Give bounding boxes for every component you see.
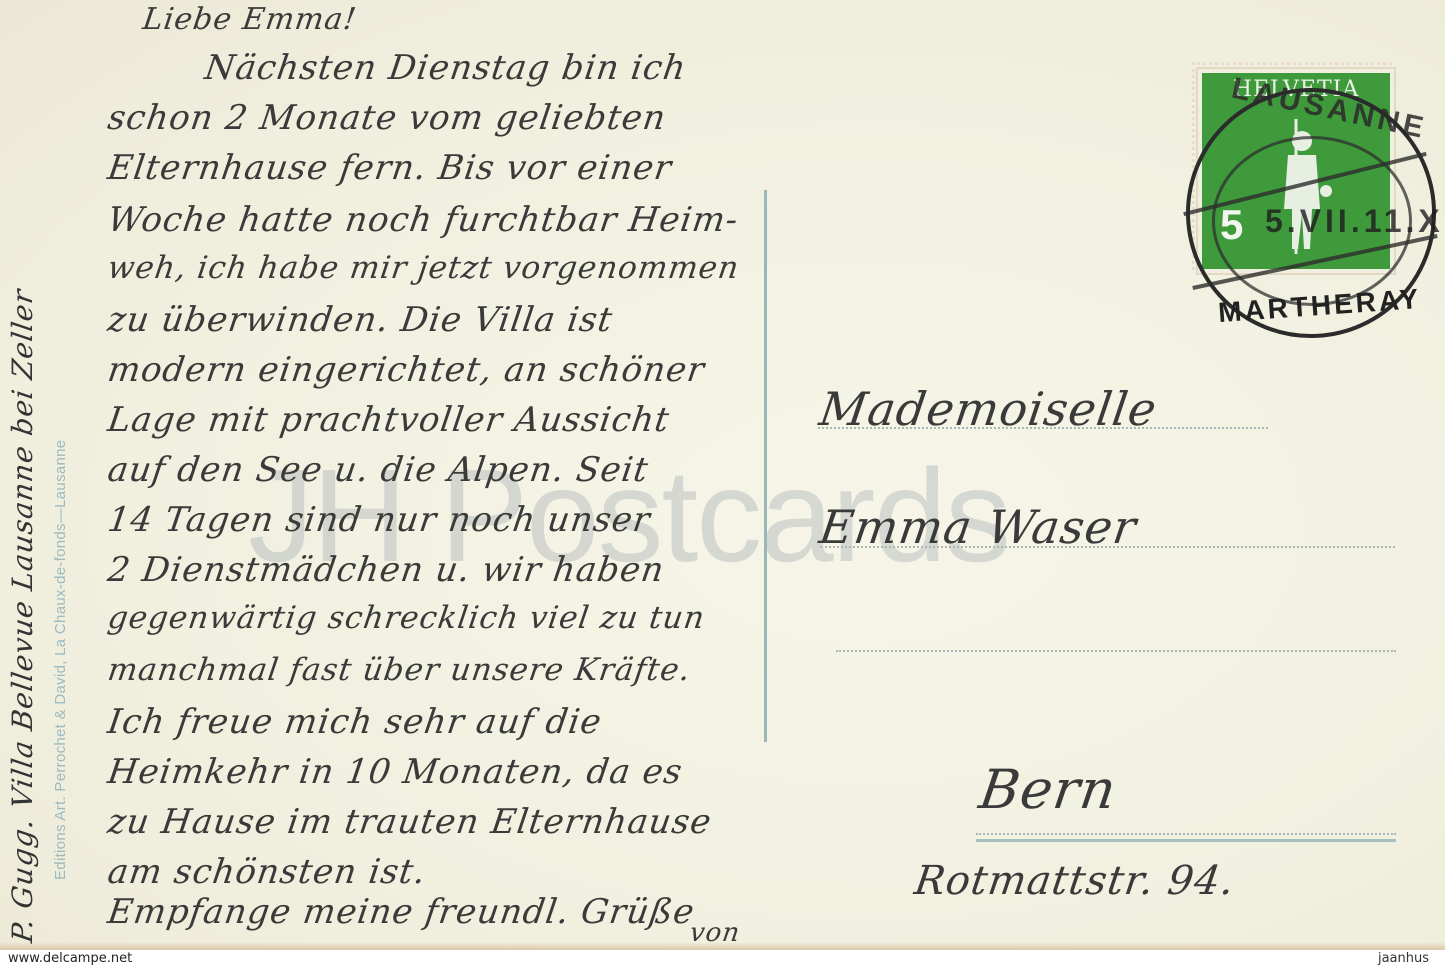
postmark-date: 5.VII.11.X	[1265, 203, 1444, 240]
message-line: Empfange meine freundl. Grüße	[105, 892, 697, 932]
center-divider	[764, 190, 767, 742]
address-street: Rotmattstr. 94.	[912, 858, 1238, 904]
source-credit: www.delcampe.net	[8, 951, 132, 966]
address-city: Bern	[976, 758, 1121, 821]
salutation: Liebe Emma!	[141, 2, 359, 37]
message-line: manchmal fast über unsere Kräfte.	[105, 652, 693, 688]
address-city-underline	[976, 839, 1396, 842]
postcard-back: JH Postcards Liebe Emma! Nächsten Dienst…	[0, 0, 1445, 950]
message-line: Lage mit prachtvoller Aussicht	[105, 400, 672, 440]
address-dotted-line	[820, 546, 1395, 548]
message-line: Nächsten Dienstag bin ich	[202, 48, 689, 88]
message-line: weh, ich habe mir jetzt vorgenommen	[105, 250, 741, 286]
message-line: von	[688, 918, 742, 948]
message-line: 2 Dienstmädchen u. wir haben	[105, 550, 667, 590]
message-line: Woche hatte noch furchtbar Heim-	[105, 200, 741, 240]
address-dotted-line	[976, 833, 1396, 835]
address-dotted-line	[818, 427, 1268, 429]
message-line: am schönsten ist.	[105, 852, 428, 892]
message-line: zu überwinden. Die Villa ist	[105, 300, 615, 340]
message-line: gegenwärtig schrecklich viel zu tun	[105, 600, 707, 636]
message-line: 14 Tagen sind nur noch unser	[105, 500, 653, 540]
message-line: Ich freue mich sehr auf die	[105, 702, 604, 742]
message-line: auf den See u. die Alpen. Seit	[105, 450, 651, 490]
side-note: P. Gugg. Villa Bellevue Lausanne bei Zel…	[6, 287, 39, 945]
publisher-imprint: Editions Art. Perrochet & David, La Chau…	[52, 440, 69, 880]
message-line: schon 2 Monate vom geliebten	[105, 98, 669, 138]
message-line: zu Hause im trauten Elternhause	[105, 802, 714, 842]
message-line: Heimkehr in 10 Monaten, da es	[105, 752, 685, 792]
message-line: modern eingerichtet, an schöner	[105, 350, 707, 390]
address-dotted-line	[836, 650, 1396, 652]
uploader-credit: jaanhus	[1378, 951, 1429, 966]
message-line: Elternhause fern. Bis vor einer	[105, 148, 674, 188]
